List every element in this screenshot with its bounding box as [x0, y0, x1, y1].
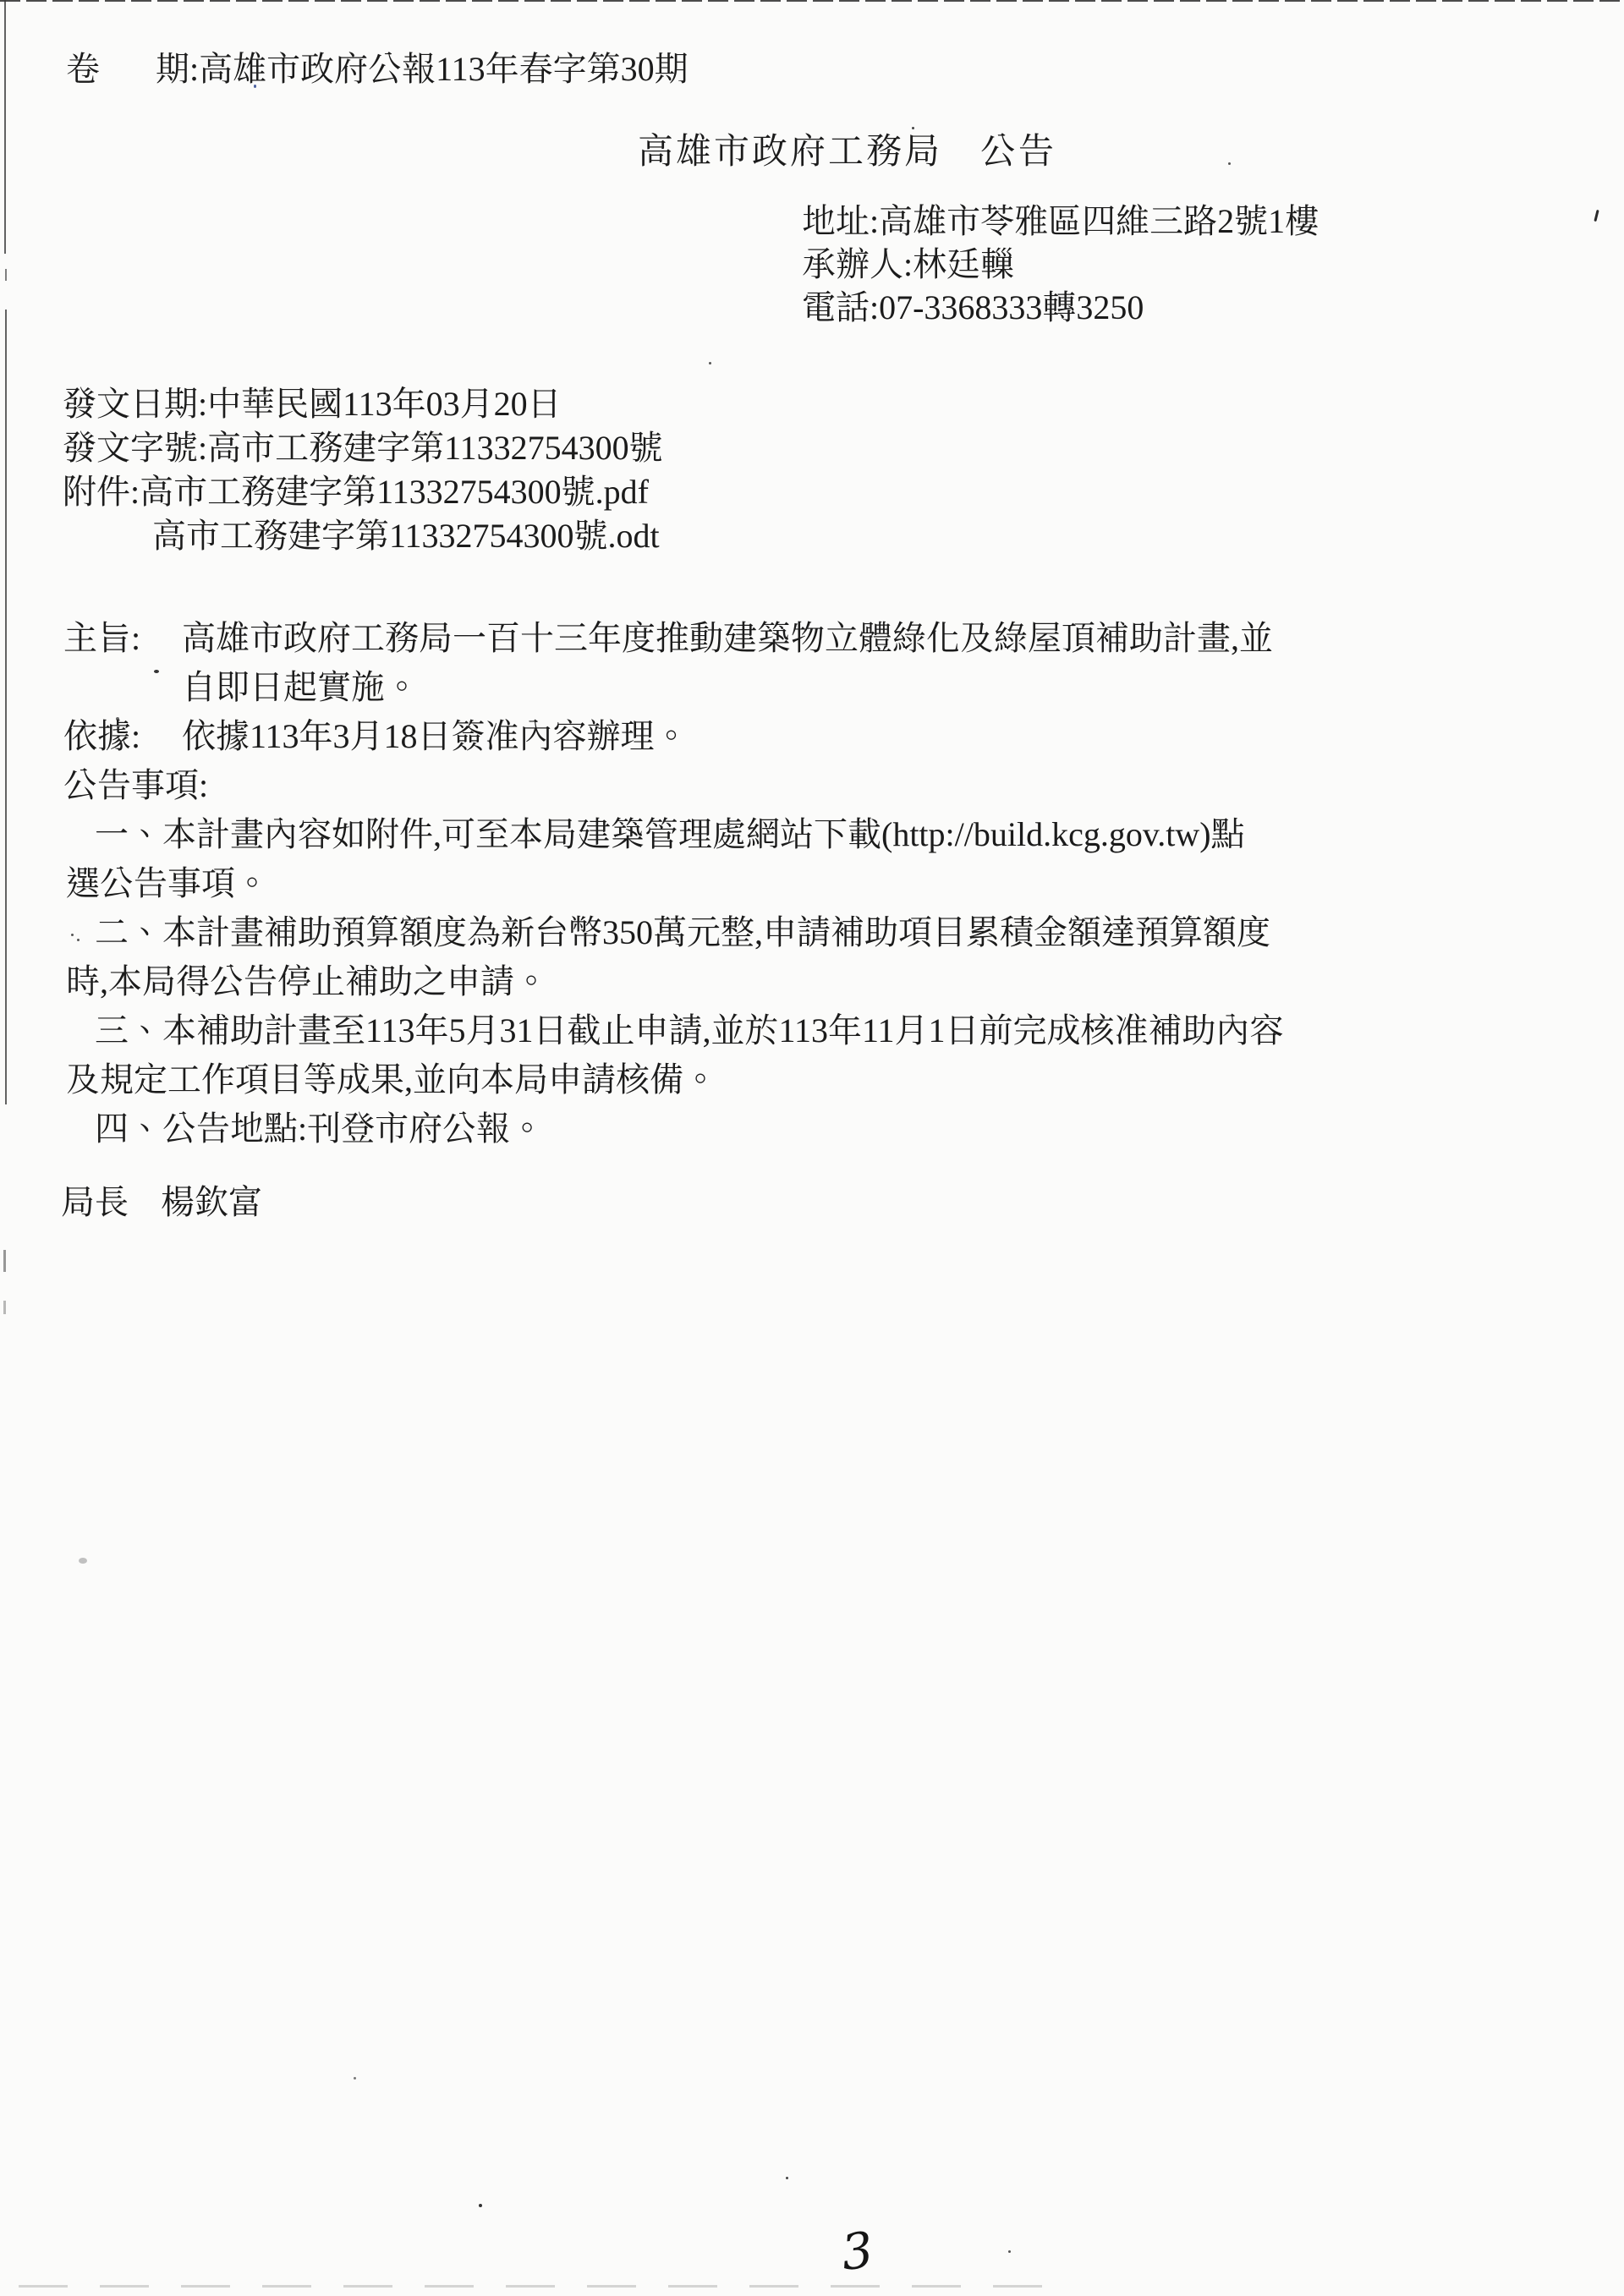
item-1-line-1: 一、本計畫內容如附件,可至本局建築管理處網站下載(http://build.kc… — [0, 810, 1624, 859]
scan-edge-left-dash — [3, 1250, 6, 1272]
scan-speck — [1228, 162, 1231, 165]
document-title: 高雄市政府工務局 公告 — [638, 123, 1056, 174]
subject-line: 主旨:高雄市政府工務局一百十三年度推動建築物立體綠化及綠屋頂補助計畫,並 — [0, 614, 1624, 663]
item-1-line-2: 選公告事項。 — [0, 859, 1624, 908]
contact-phone: 電話:07-3368333轉3250 — [802, 286, 1319, 329]
subject-text: 高雄市政府工務局一百十三年度推動建築物立體綠化及綠屋頂補助計畫,並 — [182, 619, 1273, 657]
scan-speck — [479, 2204, 482, 2207]
scan-speck — [709, 362, 711, 364]
scan-speck — [354, 2077, 356, 2080]
scan-speck — [1008, 2250, 1011, 2253]
scan-speck — [786, 2177, 788, 2179]
scan-edge-top-line — [0, 0, 1624, 2]
agency-address: 地址:高雄市苓雅區四維三路2號1樓 — [802, 200, 1319, 243]
signer-title: 局長 — [61, 1183, 129, 1221]
scan-edge-left-dash — [3, 1301, 6, 1314]
issue-date-line: 發文日期:中華民國113年03月20日 — [63, 382, 663, 426]
handwritten-page-number: 3 — [838, 2221, 876, 2282]
item-4-line: 四、公告地點:刊登市府公報。 — [0, 1104, 1624, 1153]
scan-smudge — [79, 1558, 87, 1564]
signature-line: 局長楊欽富 — [0, 1178, 1624, 1227]
basis-text: 依據113年3月18日簽准內容辦理。 — [182, 717, 689, 755]
doc-number-line: 發文字號:高市工務建字第11332754300號 — [63, 426, 663, 470]
scanned-gazette-page: { "palette": { "ink": "#1b1b1b", "paper"… — [0, 0, 1624, 2296]
announcement-items-header: 公告事項: — [0, 761, 1624, 810]
volume-value: 期:高雄市政府公報113年春字第30期 — [156, 50, 689, 88]
scan-edge-bottom-line — [19, 2285, 1059, 2288]
contact-person: 承辦人:林廷轈 — [802, 243, 1319, 286]
item-3-line-1: 三、本補助計畫至113年5月31日截止申請,並於113年11月1日前完成核准補助… — [0, 1006, 1624, 1055]
subject-continuation: 自即日起實施。 — [0, 663, 1624, 712]
announcement-body: 主旨:高雄市政府工務局一百十三年度推動建築物立體綠化及綠屋頂補助計畫,並 自即日… — [0, 614, 1624, 1227]
volume-label: 卷 — [66, 50, 100, 88]
basis-line: 依據:依據113年3月18日簽准內容辦理。 — [0, 712, 1624, 761]
issuance-meta-block: 發文日期:中華民國113年03月20日 發文字號:高市工務建字第11332754… — [63, 382, 663, 558]
basis-label: 依據: — [63, 712, 182, 761]
agency-contact-block: 地址:高雄市苓雅區四維三路2號1樓 承辦人:林廷轈 電話:07-3368333轉… — [802, 200, 1319, 329]
item-2-line-2: 時,本局得公告停止補助之申請。 — [0, 957, 1624, 1006]
item-3-line-2: 及規定工作項目等成果,並向本局申請核備。 — [0, 1055, 1624, 1104]
item-2-line-1: 二、本計畫補助預算額度為新台幣350萬元整,申請補助項目累積金額達預算額度 — [0, 908, 1624, 957]
scan-edge-left-line — [4, 0, 6, 254]
subject-label: 主旨: — [63, 614, 182, 663]
gazette-volume-line: 卷期:高雄市政府公報113年春字第30期 — [66, 42, 689, 90]
attachment-pdf-line: 附件:高市工務建字第11332754300號.pdf — [63, 470, 663, 514]
scan-edge-left-dash — [5, 269, 7, 281]
signer-name: 楊欽富 — [161, 1183, 262, 1221]
scan-tick-mark — [1594, 210, 1599, 222]
attachment-odt-line: 高市工務建字第11332754300號.odt — [63, 514, 663, 558]
